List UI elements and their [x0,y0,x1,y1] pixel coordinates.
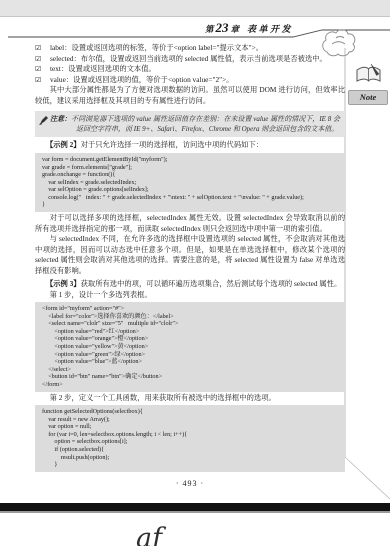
example-intro: 【示例 2】对于只允许选择一项的选择框，访问选中项的代码如下： [35,140,345,151]
chapter-number: 23 [213,20,230,35]
code-line: function getSelectedOptions(selectbox){ [42,408,344,416]
note-label: 注意： [50,115,71,123]
chapter-title: 表单开发 [247,24,293,34]
checklist-item: ☑ selected：布尔值，设置或返回当前选项的 selected 属性值，表… [35,54,345,65]
paragraph: 其中大部分属性都是为了方便对选项数据的访问。虽然可以使用 DOM 进行访问，但效… [35,85,345,106]
checklist-item-text: text：设置或返回选项的文本值。 [50,64,345,75]
book-page-scan: { "header": { "chapter_prefix": "第", "ch… [0,0,390,546]
code-line: <select name="clolr" size="5" multiple i… [42,320,344,328]
checklist-item-text: label：设置或返回选项的标签，等价于<option label="提示文本"… [50,43,345,54]
step-text: 第 1 步，设计一个多选列表框。 [35,290,345,301]
step-text: 第 2 步，定义一个工具函数，用来获取所有被选中的选择框中的选项。 [35,393,345,404]
right-border-corner-line [345,457,390,500]
checklist-item-text: selected：布尔值，设置或返回当前选项的 selected 属性值，表示当… [50,54,345,65]
code-line: result.push(option); [42,454,344,462]
example-intro: 【示例 3】获取所有选中的项，可以循环遍历选项集合，然后测试每个选项的 sele… [35,279,345,290]
next-page-script-text: af [136,523,162,546]
checkbox-checked-icon: ☑ [35,64,50,75]
code-line: if (option.selected){ [42,446,344,454]
example-label: 【示例 2】 [46,140,81,149]
checkbox-checked-icon: ☑ [35,75,50,86]
code-line: } [42,461,344,469]
code-line: var option = null; [42,423,344,431]
attention-pen-icon [39,114,50,128]
note-text: 注意：不同浏览器下选项的 value 属性返回值存在差别：在未设置 value … [50,114,340,134]
code-line: <button id="btn" name="btn">确定</button> [42,373,344,381]
example-label: 【示例 3】 [46,279,81,288]
page-edge-bar [0,503,390,511]
checklist-item-text: value：设置或返回选项的值，等价于<option value="2">。 [50,75,345,86]
page-number: · 493 · [35,479,345,490]
code-line: <option value="orange">橙</option> [42,335,344,343]
page-edge-shadow [0,511,390,513]
note-tab-label: Note [348,90,388,105]
checkbox-checked-icon: ☑ [35,43,50,54]
checkbox-checked-icon: ☑ [35,54,50,65]
page-body: ☑ label：设置或返回选项的标签，等价于<option label="提示文… [35,43,345,489]
code-line: console.log(" index: " + grade.selectedI… [42,194,344,202]
notebook-icon [355,62,382,87]
code-line: <form id="myform" action="#"> [42,305,344,313]
code-line: <option value="blue">蓝</option> [42,358,344,366]
code-line: </form> [42,381,344,389]
code-line: <label for="color">选择你喜欢的颜色：</label> [42,313,344,321]
paragraph: 对于可以选择多项的选择框，selectedIndex 属性无效。设置 selec… [35,213,345,234]
note-tab: Note [348,62,388,105]
code-line: option = selectbox.options[i]; [42,438,344,446]
code-block: var form = document.getElementById("myfo… [35,153,345,212]
example-text: 获取所有选中的项，可以循环遍历选项集合，然后测试每个选项的 selected 属… [81,279,342,288]
code-line: for (var i=0, len=selectbox.options.leng… [42,431,344,439]
example-text: 对于只允许选择一项的选择框，访问选中项的代码如下： [81,140,263,149]
code-line: var result = new Array(); [42,416,344,424]
checklist-item: ☑ label：设置或返回选项的标签，等价于<option label="提示文… [35,43,345,54]
code-block: <form id="myform" action="#"> <label for… [35,302,345,392]
checklist-item: ☑ text：设置或返回选项的文本值。 [35,64,345,75]
paragraph: 与 selectedIndex 不同，在允许多选的选择框中设置选项的 selec… [35,234,345,276]
chapter-suffix: 章 [230,24,239,34]
code-block: function getSelectedOptions(selectbox){ … [35,405,345,472]
code-line: var form = document.getElementById("myfo… [42,156,344,164]
code-line: grade.onchange = function(){ [42,171,344,179]
note-body: 不同浏览器下选项的 value 属性返回值存在差别：在未设置 value 属性的… [71,115,340,133]
checklist-item: ☑ value：设置或返回选项的值，等价于<option value="2">。 [35,75,345,86]
running-head: 第23章表单开发 [0,19,293,37]
code-line: } [42,201,344,209]
code-line: <option value="yellow">黄</option> [42,343,344,351]
code-line: var grade = form.elements["grade"]; [42,164,344,172]
attention-note: 注意：不同浏览器下选项的 value 属性返回值存在差别：在未设置 value … [35,111,345,137]
code-line: var selOption = grade.options[selIndex]; [42,186,344,194]
code-line: var selIndex = grade.selectedIndex; [42,179,344,187]
